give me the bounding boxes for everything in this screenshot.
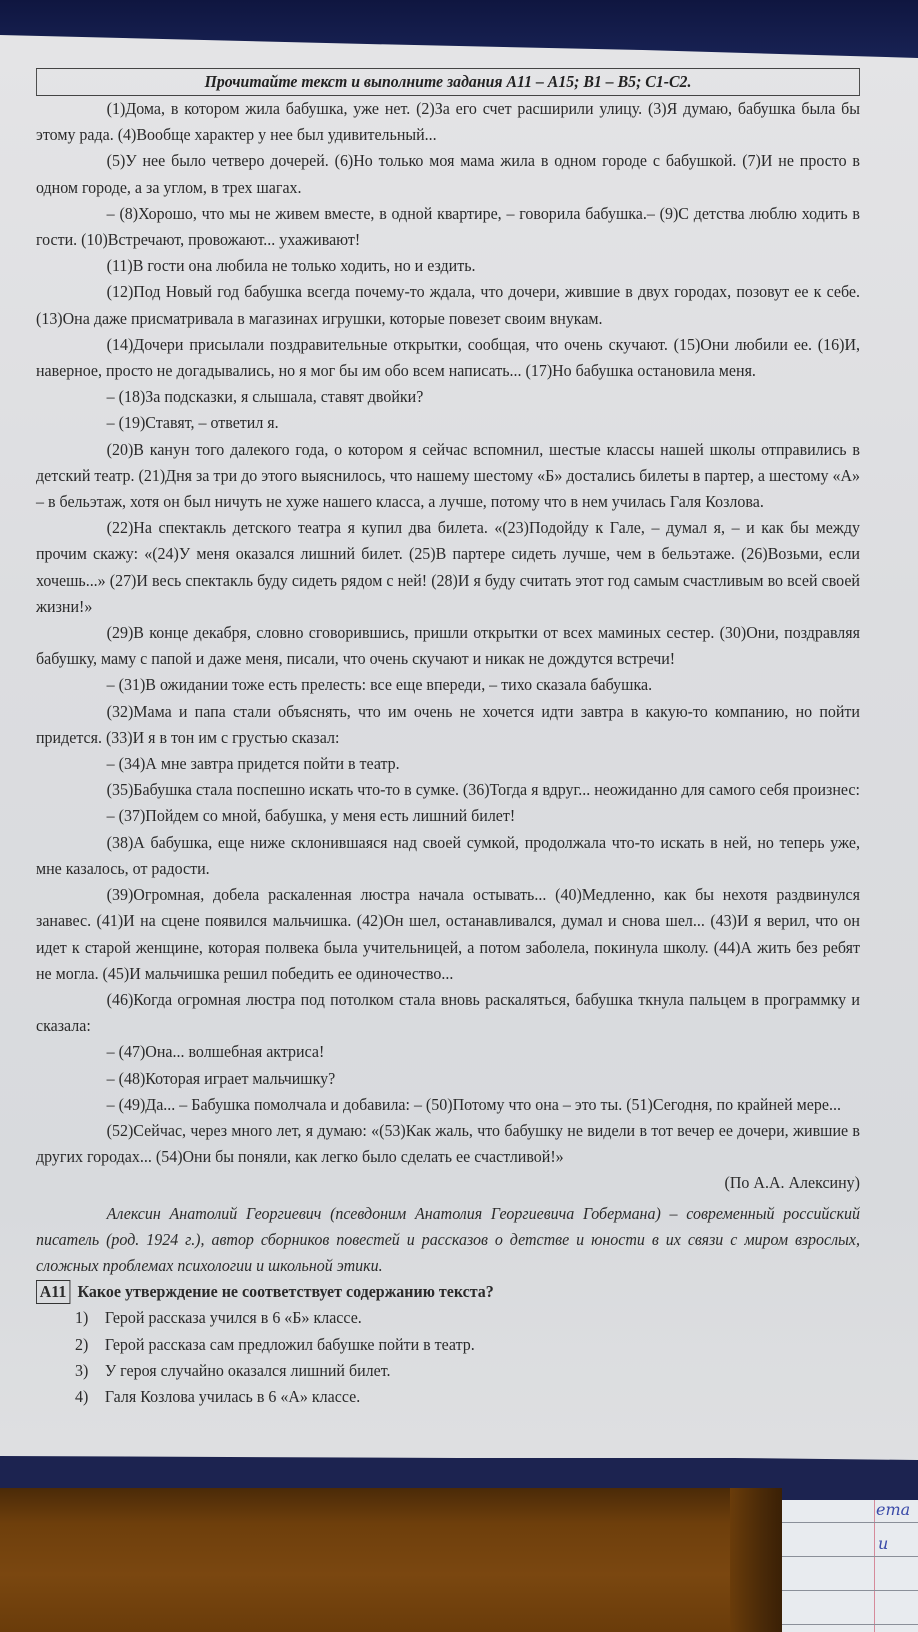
option-text: Герой рассказа сам предложил бабушке пой… <box>105 1332 475 1358</box>
question-a11: А11 Какое утверждение не соответствует с… <box>36 1279 802 1305</box>
question-id-badge: А11 <box>36 1280 70 1304</box>
option-number: 3) <box>75 1358 105 1384</box>
desk-edge <box>730 1488 782 1632</box>
answer-option-2[interactable]: 2) Герой рассказа сам предложил бабушке … <box>75 1332 802 1358</box>
option-number: 4) <box>75 1384 105 1410</box>
paragraph: – (48)Которая играет мальчишку? <box>36 1066 860 1092</box>
option-number: 1) <box>75 1305 105 1331</box>
option-text: У героя случайно оказался лишний билет. <box>105 1358 391 1384</box>
answer-option-4[interactable]: 4) Галя Козлова училась в 6 «А» классе. <box>75 1384 802 1410</box>
answer-option-3[interactable]: 3) У героя случайно оказался лишний биле… <box>75 1358 802 1384</box>
paragraph: – (8)Хорошо, что мы не живем вместе, в о… <box>36 201 860 253</box>
paragraph: – (49)Да... – Бабушка помолчала и добави… <box>36 1092 860 1118</box>
option-number: 2) <box>75 1332 105 1358</box>
paragraph: (11)В гости она любила не только ходить,… <box>36 253 860 279</box>
source-attribution: (По А.А. Алексину) <box>36 1170 860 1196</box>
task-instruction-header: Прочитайте текст и выполните задания А11… <box>36 68 860 96</box>
paragraph: – (31)В ожидании тоже есть прелесть: все… <box>36 672 860 698</box>
option-text: Герой рассказа учился в 6 «Б» классе. <box>105 1305 362 1331</box>
author-bio: Алексин Анатолий Георгиевич (псевдоним А… <box>36 1201 860 1280</box>
paragraph: (35)Бабушка стала поспешно искать что-то… <box>36 777 860 803</box>
paragraph: (52)Сейчас, через много лет, я думаю: «(… <box>36 1118 860 1170</box>
paragraph: (14)Дочери присылали поздравительные отк… <box>36 332 860 384</box>
answer-option-1[interactable]: 1) Герой рассказа учился в 6 «Б» классе. <box>75 1305 802 1331</box>
paragraph: (22)На спектакль детского театра я купил… <box>36 515 860 620</box>
document-content: Прочитайте текст и выполните задания А11… <box>36 68 802 1410</box>
paragraph: (39)Огромная, добела раскаленная люстра … <box>36 882 860 987</box>
paragraph: (12)Под Новый год бабушка всегда почему-… <box>36 279 860 331</box>
paragraph: (32)Мама и папа стали объяснять, что им … <box>36 699 860 751</box>
paragraph: (29)В конце декабря, словно сговорившись… <box>36 620 860 672</box>
paragraph: – (19)Ставят, – ответил я. <box>36 410 860 436</box>
paragraph: – (37)Пойдем со мной, бабушка, у меня ес… <box>36 803 860 829</box>
paragraph: – (18)За подсказки, я слышала, ставят дв… <box>36 384 860 410</box>
option-text: Галя Козлова училась в 6 «А» классе. <box>105 1384 360 1410</box>
notebook-handwriting: ета <box>876 1500 910 1519</box>
paragraph: – (34)А мне завтра придется пойти в теат… <box>36 751 860 777</box>
notebook-handwriting: и <box>878 1534 888 1553</box>
paragraph: (5)У нее было четверо дочерей. (6)Но тол… <box>36 148 860 200</box>
answer-options: 1) Герой рассказа учился в 6 «Б» классе.… <box>36 1305 802 1410</box>
wooden-desk <box>0 1488 782 1632</box>
paragraph: (38)А бабушка, еще ниже склонившаяся над… <box>36 830 860 882</box>
paragraph: (1)Дома, в котором жила бабушка, уже нет… <box>36 96 860 148</box>
paragraph: (46)Когда огромная люстра под потолком с… <box>36 987 860 1039</box>
paragraph: (20)В канун того далекого года, о которо… <box>36 437 860 516</box>
notebook-page: ета и <box>782 1500 918 1632</box>
question-text: Какое утверждение не соответствует содер… <box>78 1279 494 1305</box>
paragraph: – (47)Она... волшебная актриса! <box>36 1039 860 1065</box>
